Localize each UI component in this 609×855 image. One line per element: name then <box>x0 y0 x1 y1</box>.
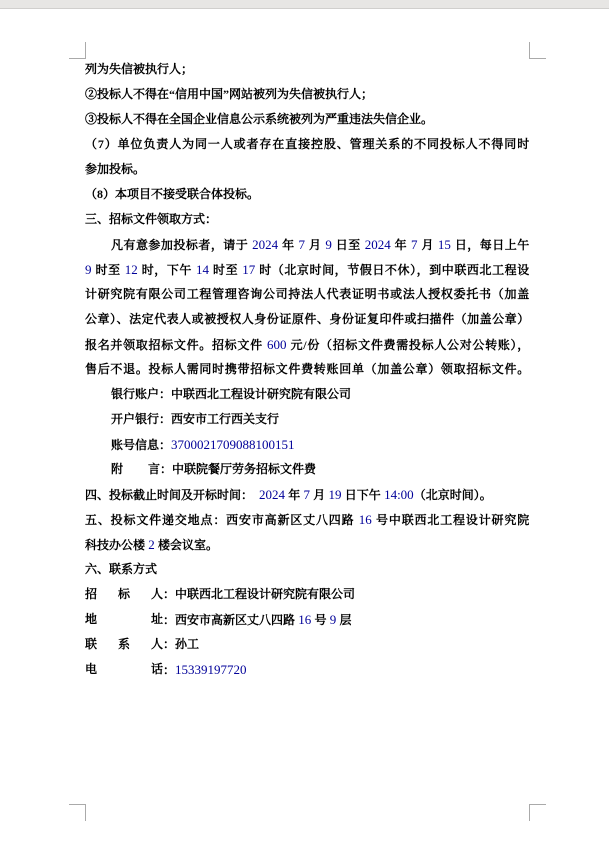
text-line: 五、投标文件递交地点：西安市高新区丈八四路 16 号中联西北工程设计研究院 <box>85 507 529 532</box>
number-text: 2024 <box>259 487 288 502</box>
number-text: 16 <box>295 612 315 627</box>
number-text: 16 <box>354 512 376 527</box>
text-line: 电话：15339197720 <box>85 657 529 682</box>
body-text: 日至 <box>336 238 361 252</box>
body-text: 售后不退。投标人需同时携带招标文件费转账回单（加盖公章）领取招标文件。 <box>85 362 529 376</box>
page-gap-strip <box>0 0 609 9</box>
body-text: 五、投标文件递交地点：西安市高新区丈八四路 <box>85 513 354 527</box>
number-text: 2024 <box>361 237 395 252</box>
body-text: 参加投标。 <box>85 162 145 176</box>
text-line: 三、招标文件领取方式： <box>85 207 529 232</box>
number-text: 14:00 <box>381 487 414 502</box>
body-text: ②投标人不得在“信用中国”网站被列为失信被执行人； <box>85 87 373 101</box>
text-line: 公章）、法定代表人或被授权人身份证原件、身份证复印件或扫描件（加盖公章） <box>85 307 529 332</box>
text-line: 售后不退。投标人需同时携带招标文件费转账回单（加盖公章）领取招标文件。 <box>85 357 529 382</box>
body-text: 开户银行：西安市工行西关支行 <box>111 412 279 426</box>
number-text: 3700021709088100151 <box>171 437 295 452</box>
document-content: 列为失信被执行人；②投标人不得在“信用中国”网站被列为失信被执行人；③投标人不得… <box>85 57 529 682</box>
number-text: 17 <box>238 262 259 277</box>
text-line: 六、联系方式 <box>85 557 529 582</box>
text-line: 计研究院有限公司工程管理咨询公司持法人代表证明书或法人授权委托书（加盖 <box>85 282 529 307</box>
body-text: 号中联西北工程设计研究院 <box>376 513 529 527</box>
body-text: ③投标人不得在全国企业信息公示系统被列为严重违法失信企业。 <box>85 112 433 126</box>
number-text: 2024 <box>248 237 282 252</box>
body-text: 列为失信被执行人； <box>85 62 193 76</box>
body-text: 日，每日上午 <box>455 238 529 252</box>
body-text: 楼会议室。 <box>158 538 218 552</box>
body-text: ：中联院餐厅劳务招标文件费 <box>160 462 316 476</box>
body-text: 时，下午 <box>142 263 192 277</box>
number-text: 15339197720 <box>175 662 247 677</box>
body-text: 报名并领取招标文件。招标文件 <box>85 338 263 352</box>
body-text: 六、联系方式 <box>85 562 157 576</box>
body-text: 凡有意参加投标者，请于 <box>111 238 248 252</box>
body-text: 年 <box>288 488 300 502</box>
body-text: 号 <box>315 613 327 627</box>
body-text: 公章）、法定代表人或被授权人身份证原件、身份证复印件或扫描件（加盖公章） <box>85 312 529 326</box>
number-text: 7 <box>407 237 421 252</box>
body-text: ：西安市高新区丈八四路 <box>163 613 295 627</box>
text-line: 联系人：孙工 <box>85 632 529 657</box>
number-text: 7 <box>295 237 309 252</box>
body-text: 日下午 <box>345 488 381 502</box>
number-text: 12 <box>121 262 142 277</box>
body-text: 科技办公楼 <box>85 538 145 552</box>
body-text: ：中联西北工程设计研究院有限公司 <box>163 587 355 601</box>
body-text: （北京时间）。 <box>414 488 492 502</box>
text-line: 地址：西安市高新区丈八四路 16 号 9 层 <box>85 607 529 632</box>
body-text: 月 <box>421 238 433 252</box>
body-text: 三、招标文件领取方式： <box>85 212 217 226</box>
body-text: （7）单位负责人为同一人或者存在直接控股、管理关系的不同投标人不得同时 <box>85 137 529 151</box>
number-text: 600 <box>263 337 291 352</box>
body-text: 银行账户：中联西北工程设计研究院有限公司 <box>111 387 351 401</box>
body-text: 月 <box>313 488 325 502</box>
number-text: 15 <box>434 237 455 252</box>
crop-mark-bottom-left <box>69 804 86 821</box>
text-line: 账号信息：3700021709088100151 <box>85 432 529 457</box>
body-text: ：孙工 <box>163 637 199 651</box>
text-line: 银行账户：中联西北工程设计研究院有限公司 <box>85 382 529 407</box>
document-page: 列为失信被执行人；②投标人不得在“信用中国”网站被列为失信被执行人；③投标人不得… <box>0 0 609 855</box>
text-line: 报名并领取招标文件。招标文件 600 元/份（招标文件费需投标人公对公转账）， <box>85 332 529 357</box>
body-text: 账号信息： <box>111 438 171 452</box>
text-line: 列为失信被执行人； <box>85 57 529 82</box>
crop-mark-bottom-right <box>529 804 546 821</box>
body-text: 时（北京时间，节假日不休），到中联西北工程设 <box>259 263 529 277</box>
body-text: 计研究院有限公司工程管理咨询公司持法人代表证明书或法人授权委托书（加盖 <box>85 287 529 301</box>
text-line: 招标人：中联西北工程设计研究院有限公司 <box>85 582 529 607</box>
label-text: 联系人 <box>85 632 163 657</box>
label-text: 招标人 <box>85 582 163 607</box>
text-line: 凡有意参加投标者，请于 2024 年 7 月 9 日至 2024 年 7 月 1… <box>85 232 529 257</box>
text-line: 科技办公楼 2 楼会议室。 <box>85 532 529 557</box>
number-text: 9 <box>85 262 96 277</box>
text-line: 参加投标。 <box>85 157 529 182</box>
body-text: ： <box>163 663 175 677</box>
text-line: 9 时至 12 时，下午 14 时至 17 时（北京时间，节假日不休），到中联西… <box>85 257 529 282</box>
body-text: 四、投标截止时间及开标时间： <box>85 488 259 502</box>
body-text: 月 <box>309 238 321 252</box>
number-text: 2 <box>145 537 158 552</box>
text-line: ②投标人不得在“信用中国”网站被列为失信被执行人； <box>85 82 529 107</box>
body-text: 层 <box>340 613 352 627</box>
body-text: 时至 <box>213 263 238 277</box>
text-line: （8）本项目不接受联合体投标。 <box>85 182 529 207</box>
body-text: 年 <box>395 238 407 252</box>
label-text: 电话 <box>85 657 163 682</box>
text-line: 四、投标截止时间及开标时间： 2024 年 7 月 19 日下午 14:00（北… <box>85 482 529 507</box>
body-text: 时至 <box>96 263 121 277</box>
body-text: 年 <box>282 238 294 252</box>
body-text: （8）本项目不接受联合体投标。 <box>85 187 259 201</box>
number-text: 7 <box>300 487 313 502</box>
body-text: 元/份（招标文件费需投标人公对公转账）， <box>291 338 529 352</box>
crop-mark-top-right <box>529 42 546 59</box>
number-text: 9 <box>321 237 335 252</box>
text-line: （7）单位负责人为同一人或者存在直接控股、管理关系的不同投标人不得同时 <box>85 132 529 157</box>
text-line: 附言：中联院餐厅劳务招标文件费 <box>85 457 529 482</box>
text-line: ③投标人不得在全国企业信息公示系统被列为严重违法失信企业。 <box>85 107 529 132</box>
text-line: 开户银行：西安市工行西关支行 <box>85 407 529 432</box>
number-text: 14 <box>192 262 213 277</box>
label-text: 附言 <box>111 457 160 482</box>
number-text: 9 <box>327 612 340 627</box>
number-text: 19 <box>325 487 345 502</box>
label-text: 地址 <box>85 607 163 632</box>
crop-mark-top-left <box>69 42 86 59</box>
